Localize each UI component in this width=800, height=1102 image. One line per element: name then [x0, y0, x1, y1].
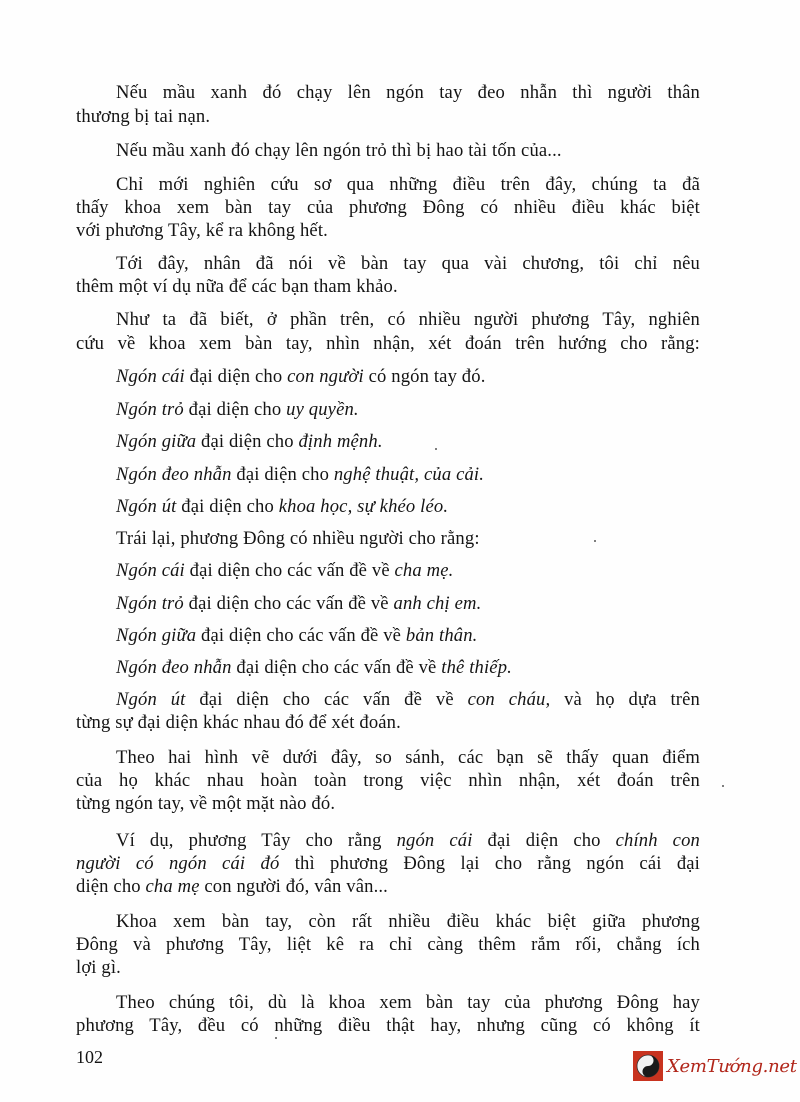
text-line: Trái lại, phương Đông có nhiều người cho… — [116, 528, 700, 550]
italic-term: Ngón trỏ — [116, 593, 184, 614]
book-page: Nếu mầu xanh đó chạy lên ngón tay đeo nh… — [0, 0, 800, 1102]
italic-term: anh chị em. — [394, 593, 482, 614]
italic-term: Ngón giữa — [116, 625, 196, 646]
text-line: Ngón trỏ đại diện cho uy quyền. — [116, 399, 700, 421]
text-segment: lợi gì. — [76, 957, 121, 978]
text-segment: diện cho — [76, 876, 146, 897]
text-line: lợi gì. — [76, 957, 700, 979]
text-segment: Theo chúng tôi, dù là khoa xem bàn tay c… — [116, 992, 700, 1013]
italic-term: Ngón cái — [116, 560, 185, 581]
text-segment: Trái lại, phương Đông có nhiều người cho… — [116, 528, 480, 549]
text-segment: Ví dụ, phương Tây cho rằng — [116, 830, 397, 851]
text-line: Khoa xem bàn tay, còn rất nhiều điều khá… — [116, 911, 700, 933]
text-segment: đại diện cho — [185, 366, 287, 387]
text-segment: đại diện cho — [232, 464, 334, 485]
italic-term: Ngón trỏ — [116, 399, 184, 420]
text-line: Ngón đeo nhẫn đại diện cho các vấn đề về… — [116, 657, 700, 679]
text-line: Theo chúng tôi, dù là khoa xem bàn tay c… — [116, 992, 700, 1014]
italic-term: cha mẹ — [146, 876, 200, 897]
italic-term: Ngón út — [116, 689, 186, 710]
text-line: Tới đây, nhân đã nói về bàn tay qua vài … — [116, 253, 700, 275]
text-line: người có ngón cái đó thì phương Đông lại… — [76, 853, 700, 875]
text-segment: có ngón tay đó. — [364, 366, 486, 387]
text-line: từng ngón tay, về một mặt nào đó. — [76, 793, 700, 815]
text-line: Theo hai hình vẽ dưới đây, so sánh, các … — [116, 747, 700, 769]
text-segment: Khoa xem bàn tay, còn rất nhiều điều khá… — [116, 911, 700, 932]
text-line: thêm một ví dụ nữa để các bạn tham khảo. — [76, 276, 700, 298]
text-line: Ngón cái đại diện cho con người có ngón … — [116, 366, 700, 388]
text-line: thương bị tai nạn. — [76, 106, 700, 128]
text-segment: với phương Tây, kể ra không hết. — [76, 220, 328, 241]
italic-term: Ngón đeo nhẫn — [116, 464, 232, 485]
text-segment: đại diện cho các vấn đề về — [184, 593, 394, 614]
page-number: 102 — [76, 1047, 103, 1068]
text-segment: con người đó, vân vân... — [200, 876, 388, 897]
text-segment: Nếu mầu xanh đó chạy lên ngón tay đeo nh… — [116, 82, 700, 103]
scan-speck — [435, 448, 437, 450]
scan-speck — [722, 785, 724, 787]
text-line: Ngón trỏ đại diện cho các vấn đề về anh … — [116, 593, 700, 615]
italic-term: con cháu, — [468, 689, 551, 710]
text-line: của họ khác nhau hoàn toàn trong việc nh… — [76, 770, 700, 792]
text-line: thấy khoa xem bàn tay của phương Đông có… — [76, 197, 700, 219]
text-segment: Theo hai hình vẽ dưới đây, so sánh, các … — [116, 747, 700, 768]
italic-term: Ngón cái — [116, 366, 185, 387]
yin-yang-icon — [636, 1054, 660, 1078]
text-segment: Tới đây, nhân đã nói về bàn tay qua vài … — [116, 253, 700, 274]
text-segment: và họ dựa trên — [550, 689, 700, 710]
italic-term: định mệnh. — [298, 431, 382, 452]
text-segment: đại diện cho — [176, 496, 278, 517]
italic-term: Ngón giữa — [116, 431, 196, 452]
italic-term: uy quyền. — [286, 399, 359, 420]
text-line: Ngón giữa đại diện cho định mệnh. — [116, 431, 700, 453]
text-segment: thêm một ví dụ nữa để các bạn tham khảo. — [76, 276, 398, 297]
italic-term: Ngón đeo nhẫn — [116, 657, 232, 678]
text-segment: thương bị tai nạn. — [76, 106, 210, 127]
italic-term: con người — [287, 366, 364, 387]
text-segment: đại diện cho — [196, 431, 298, 452]
text-line: Chỉ mới nghiên cứu sơ qua những điều trê… — [116, 174, 700, 196]
site-watermark-logo: XemTướng.net — [633, 1049, 797, 1083]
italic-term: người có ngón cái đó — [76, 853, 279, 874]
text-segment: đại diện cho — [473, 830, 616, 851]
logo-text: XemTướng.net — [667, 1056, 797, 1077]
text-line: Ngón cái đại diện cho các vấn đề về cha … — [116, 560, 700, 582]
text-segment: thấy khoa xem bàn tay của phương Đông có… — [76, 197, 700, 218]
text-line: Ngón đeo nhẫn đại diện cho nghệ thuật, c… — [116, 464, 700, 486]
italic-term: ngón cái — [397, 830, 473, 851]
text-segment: Chỉ mới nghiên cứu sơ qua những điều trê… — [116, 174, 700, 195]
text-segment: cứu về khoa xem bàn tay, nhìn nhận, xét … — [76, 333, 700, 354]
italic-term: chính con — [616, 830, 700, 851]
italic-term: thê thiếp. — [441, 657, 512, 678]
text-line: Ví dụ, phương Tây cho rằng ngón cái đại … — [116, 830, 700, 852]
text-line: Ngón út đại diện cho khoa học, sự khéo l… — [116, 496, 700, 518]
text-segment: Đông và phương Tây, liệt kê ra chỉ càng … — [76, 934, 700, 955]
text-segment: thì phương Đông lại cho rằng ngón cái đạ… — [279, 853, 700, 874]
text-line: Ngón út đại diện cho các vấn đề về con c… — [116, 689, 700, 711]
text-segment: phương Tây, đều có những điều thật hay, … — [76, 1015, 700, 1036]
text-line: từng sự đại diện khác nhau đó để xét đoá… — [76, 712, 700, 734]
italic-term: cha mẹ. — [395, 560, 454, 581]
text-segment: đại diện cho các vấn đề về — [232, 657, 442, 678]
text-segment: từng sự đại diện khác nhau đó để xét đoá… — [76, 712, 401, 733]
scan-speck — [594, 540, 596, 542]
text-segment: của họ khác nhau hoàn toàn trong việc nh… — [76, 770, 700, 791]
text-segment: đại diện cho các vấn đề về — [185, 560, 395, 581]
italic-term: nghệ thuật, của cải. — [334, 464, 484, 485]
text-segment: đại diện cho các vấn đề về — [186, 689, 468, 710]
text-line: Đông và phương Tây, liệt kê ra chỉ càng … — [76, 934, 700, 956]
text-segment: Như ta đã biết, ở phần trên, có nhiều ng… — [116, 309, 700, 330]
text-line: Như ta đã biết, ở phần trên, có nhiều ng… — [116, 309, 700, 331]
italic-term: khoa học, sự khéo léo. — [279, 496, 448, 517]
logo-badge — [633, 1051, 663, 1081]
text-line: Nếu mầu xanh đó chạy lên ngón tay đeo nh… — [116, 82, 700, 104]
text-line: Ngón giữa đại diện cho các vấn đề về bản… — [116, 625, 700, 647]
text-line: diện cho cha mẹ con người đó, vân vân... — [76, 876, 700, 898]
text-line: cứu về khoa xem bàn tay, nhìn nhận, xét … — [76, 333, 700, 355]
text-segment: từng ngón tay, về một mặt nào đó. — [76, 793, 335, 814]
text-line: Nếu mầu xanh đó chạy lên ngón trỏ thì bị… — [116, 140, 700, 162]
scan-speck — [275, 1037, 277, 1039]
text-line: phương Tây, đều có những điều thật hay, … — [76, 1015, 700, 1037]
text-segment: đại diện cho các vấn đề về — [196, 625, 406, 646]
italic-term: bản thân. — [406, 625, 478, 646]
text-line: với phương Tây, kể ra không hết. — [76, 220, 700, 242]
text-segment: Nếu mầu xanh đó chạy lên ngón trỏ thì bị… — [116, 140, 562, 161]
text-segment: đại diện cho — [184, 399, 286, 420]
italic-term: Ngón út — [116, 496, 176, 517]
